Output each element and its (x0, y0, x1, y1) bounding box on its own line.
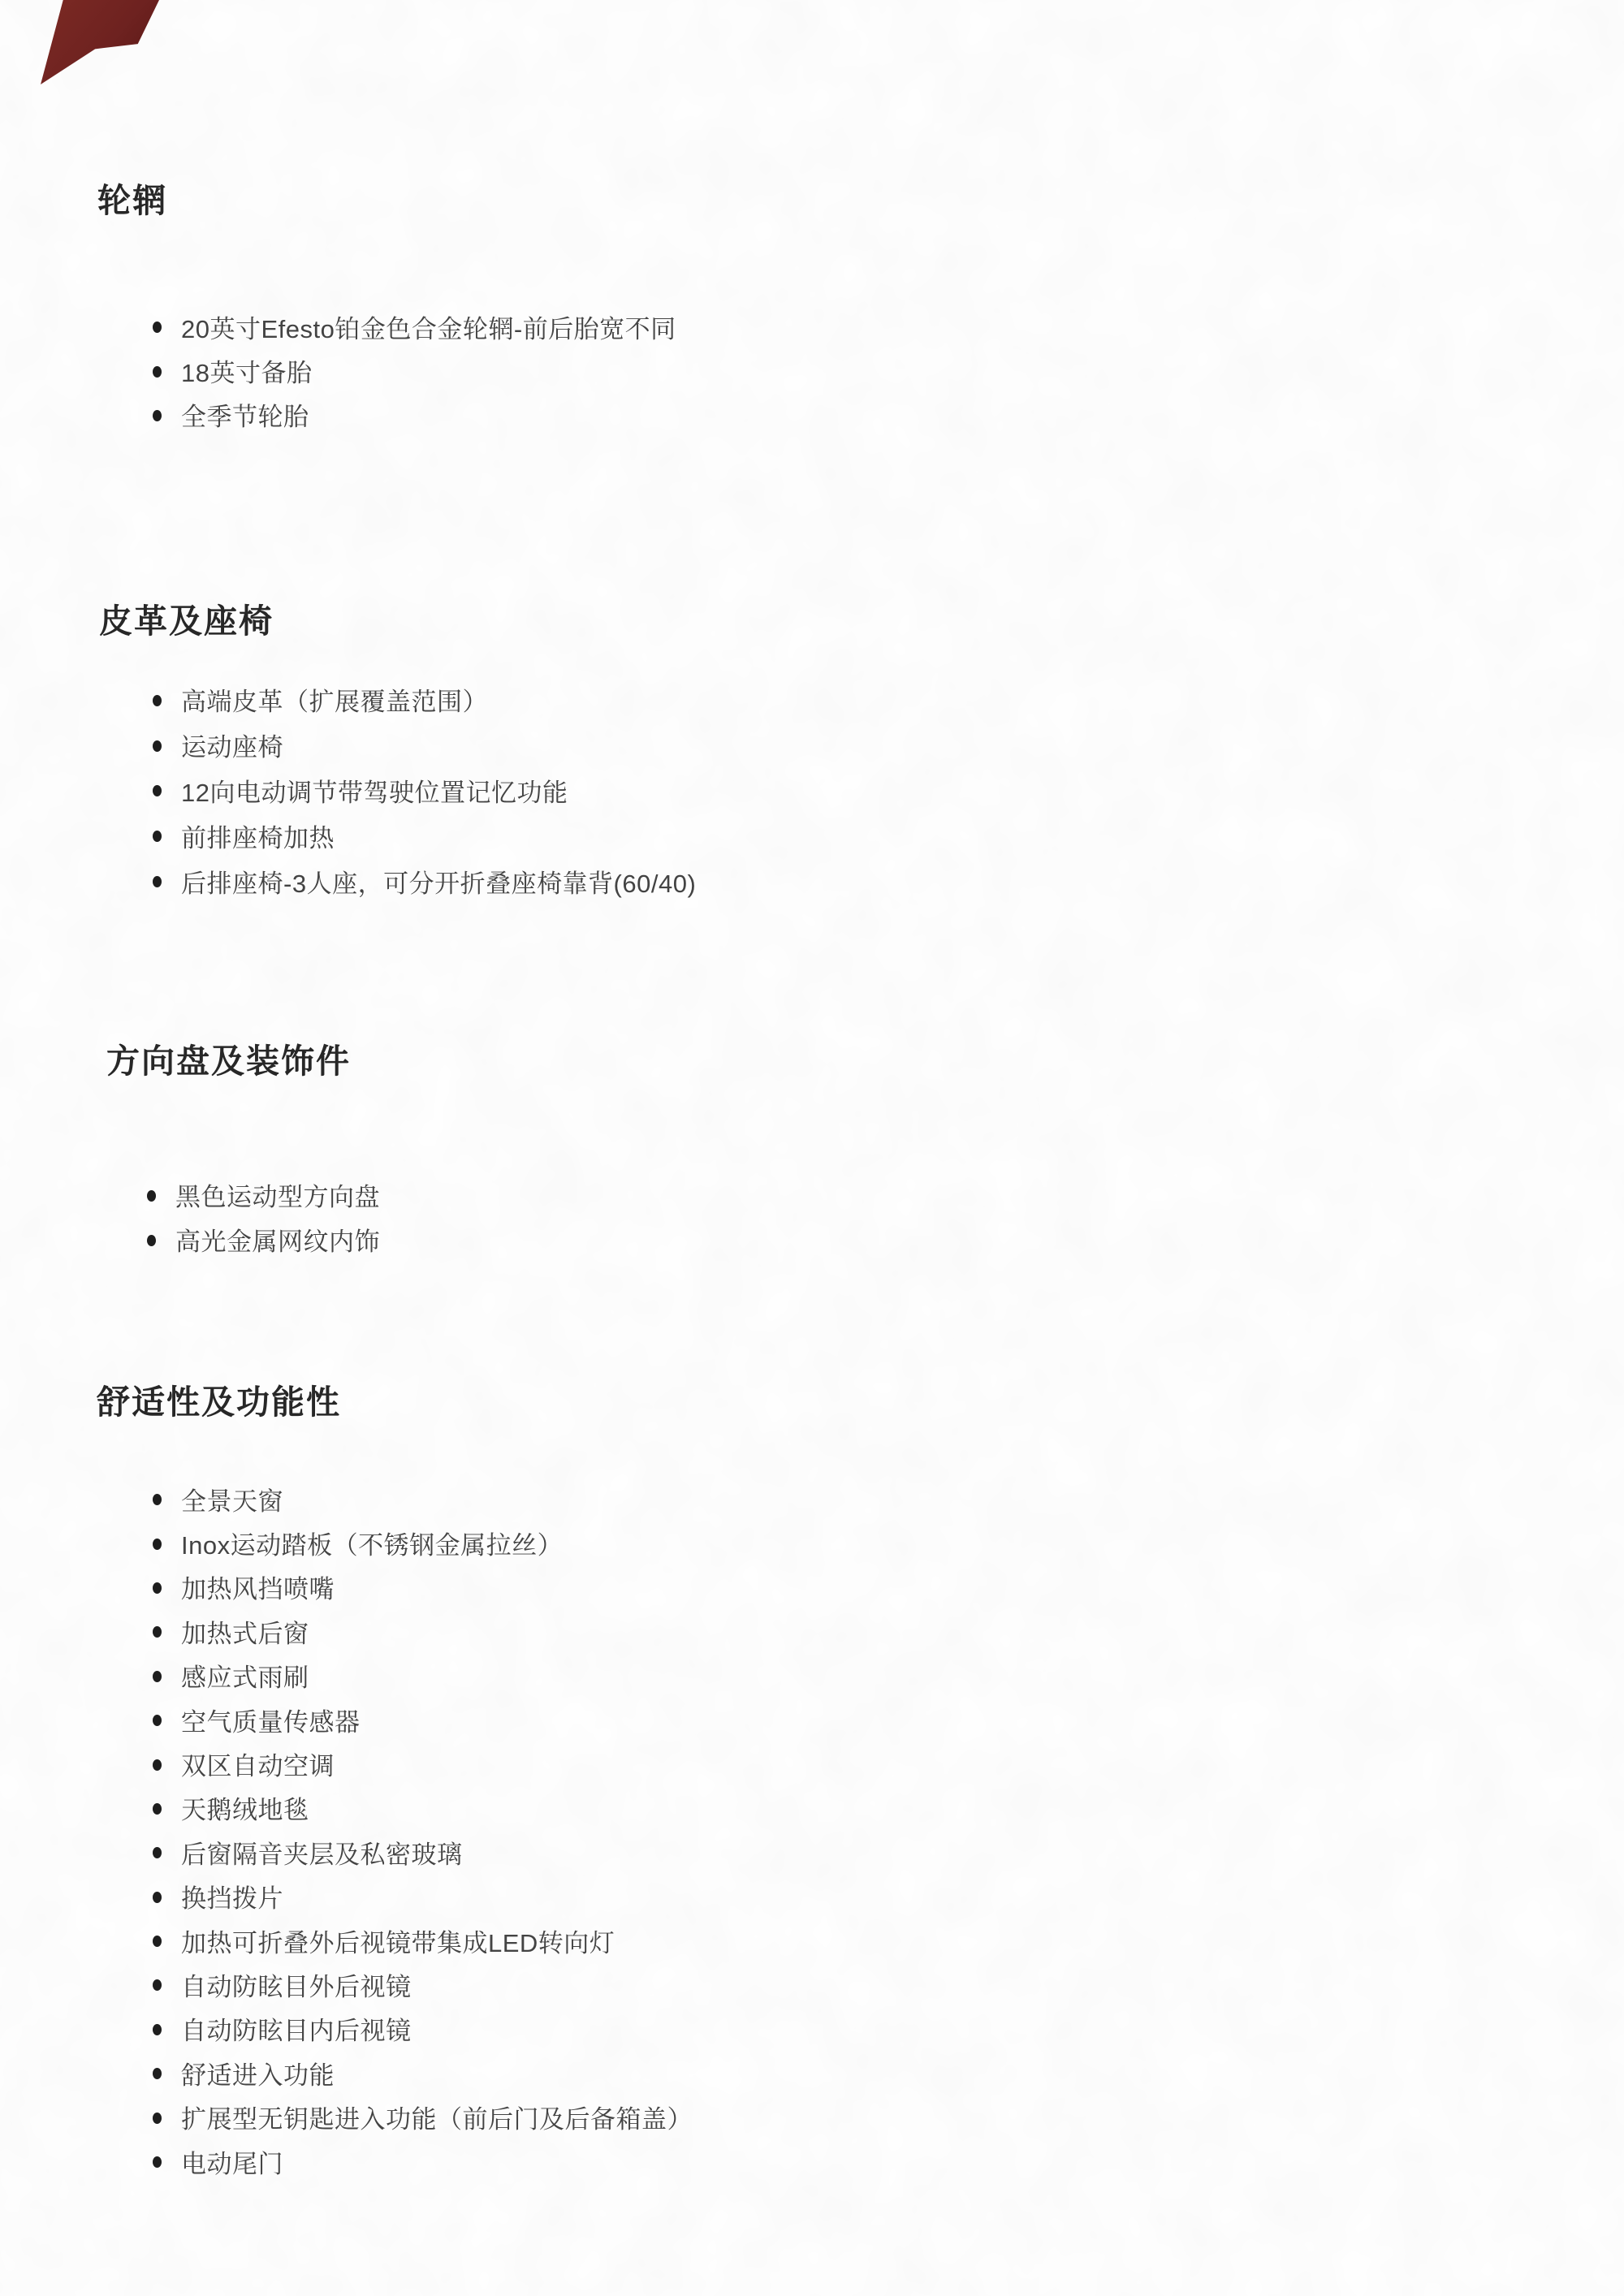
list-item: 扩展型无钥匙进入功能（前后门及后备箱盖） (153, 2095, 693, 2138)
list-item-text: 空气质量传感器 (181, 1702, 361, 1738)
bullet-icon (153, 322, 162, 333)
list-item-text: 12向电动调节带驾驶位置记忆功能 (181, 772, 568, 809)
list-item: 加热可折叠外后视镜带集成LED转向灯 (153, 1918, 693, 1962)
list-item: 18英寸备胎 (153, 348, 676, 392)
list-item-text: 天鹅绒地毯 (181, 1789, 309, 1826)
list-item: 黑色运动型方向盘 (147, 1172, 380, 1217)
bullet-icon (153, 1936, 162, 1947)
list-item: 自动防眩目内后视镜 (153, 2007, 693, 2051)
list-item-text: 全景天窗 (181, 1481, 283, 1517)
list-item-text: 全季节轮胎 (181, 396, 309, 433)
list-item-text: 高光金属网纹内饰 (175, 1221, 380, 1258)
bullet-icon (153, 1626, 162, 1638)
bullet-icon (153, 1892, 162, 1903)
bullet-icon (153, 1979, 162, 1991)
bullet-icon (153, 1847, 162, 1858)
list-item-text: 后窗隔音夹层及私密玻璃 (181, 1834, 463, 1871)
list-item: 12向电动调节带驾驶位置记忆功能 (153, 768, 696, 814)
list-item: 前排座椅加热 (153, 813, 696, 858)
bullet-icon (153, 740, 162, 752)
list-item: 全季节轮胎 (153, 393, 676, 437)
list-item-text: 20英寸Efesto铂金色合金轮辋-前后胎宽不同 (181, 309, 676, 345)
list-item-text: 运动座椅 (181, 727, 283, 763)
bullet-icon (153, 1494, 162, 1505)
list-item: 高光金属网纹内饰 (147, 1217, 380, 1262)
bullet-icon (153, 1715, 162, 1726)
section-title-steering-trim: 方向盘及装饰件 (106, 1042, 351, 1081)
list-item-text: 高端皮革（扩展覆盖范围） (181, 681, 488, 718)
list-item-text: 舒适进入功能 (181, 2055, 335, 2091)
bullet-icon (153, 2156, 162, 2168)
list-item: 20英寸Efesto铂金色合金轮辋-前后胎宽不同 (153, 304, 676, 348)
bullet-icon (147, 1190, 156, 1202)
document-page: 轮辋 20英寸Efesto铂金色合金轮辋-前后胎宽不同18英寸备胎全季节轮胎 皮… (0, 0, 1624, 2296)
bullet-icon (153, 1582, 162, 1594)
bullet-icon (153, 831, 162, 842)
section-title-wheels: 轮辋 (97, 181, 167, 220)
list-item: 换挡拨片 (153, 1875, 693, 1918)
list-item-text: 前排座椅加热 (181, 818, 335, 854)
bullet-icon (147, 1235, 156, 1246)
bullet-icon (153, 876, 162, 887)
dark-red-corner-shape (41, 0, 159, 84)
list-item-text: 感应式雨刷 (181, 1657, 309, 1694)
bullet-icon (153, 410, 162, 421)
comfort-function-feature-list: 全景天窗Inox运动踏板（不锈钢金属拉丝）加热风挡喷嘴加热式后窗感应式雨刷空气质… (153, 1477, 693, 2183)
steering-trim-feature-list: 黑色运动型方向盘高光金属网纹内饰 (147, 1172, 380, 1262)
list-item: 运动座椅 (153, 723, 696, 768)
list-item-text: Inox运动踏板（不锈钢金属拉丝） (181, 1525, 563, 1561)
bullet-icon (153, 695, 162, 706)
list-item: Inox运动踏板（不锈钢金属拉丝） (153, 1521, 693, 1564)
bullet-icon (153, 2024, 162, 2035)
list-item: 全景天窗 (153, 1477, 693, 1521)
list-item-text: 后排座椅-3人座，可分开折叠座椅靠背(60/40) (181, 863, 696, 900)
list-item-text: 加热可折叠外后视镜带集成LED转向灯 (181, 1923, 615, 1959)
list-item: 双区自动空调 (153, 1741, 693, 1785)
wheels-feature-list: 20英寸Efesto铂金色合金轮辋-前后胎宽不同18英寸备胎全季节轮胎 (153, 304, 676, 437)
list-item-text: 18英寸备胎 (181, 352, 312, 389)
bullet-icon (153, 366, 162, 378)
bullet-icon (153, 1539, 162, 1550)
list-item: 后窗隔音夹层及私密玻璃 (153, 1830, 693, 1874)
bullet-icon (153, 1759, 162, 1771)
bullet-icon (153, 2113, 162, 2124)
list-item: 空气质量传感器 (153, 1698, 693, 1741)
list-item-text: 电动尾门 (181, 2143, 283, 2180)
list-item-text: 加热式后窗 (181, 1613, 309, 1650)
list-item-text: 加热风挡喷嘴 (181, 1569, 335, 1605)
bullet-icon (153, 1671, 162, 1682)
list-item-text: 扩展型无钥匙进入功能（前后门及后备箱盖） (181, 2099, 693, 2135)
list-item-text: 自动防眩目外后视镜 (181, 1966, 412, 2003)
list-item-text: 双区自动空调 (181, 1746, 335, 1782)
list-item: 自动防眩目外后视镜 (153, 1962, 693, 2006)
list-item: 电动尾门 (153, 2139, 693, 2183)
list-item-text: 换挡拨片 (181, 1878, 283, 1914)
list-item: 加热式后窗 (153, 1609, 693, 1653)
list-item: 感应式雨刷 (153, 1654, 693, 1698)
bullet-icon (153, 2068, 162, 2079)
leather-seats-feature-list: 高端皮革（扩展覆盖范围）运动座椅12向电动调节带驾驶位置记忆功能前排座椅加热后排… (153, 677, 696, 904)
section-title-comfort-function: 舒适性及功能性 (97, 1383, 341, 1422)
list-item: 加热风挡喷嘴 (153, 1565, 693, 1609)
list-item: 舒适进入功能 (153, 2051, 693, 2095)
list-item-text: 黑色运动型方向盘 (175, 1176, 380, 1213)
section-title-leather-seats: 皮革及座椅 (99, 602, 274, 641)
bullet-icon (153, 785, 162, 796)
list-item: 高端皮革（扩展覆盖范围） (153, 677, 696, 723)
list-item: 后排座椅-3人座，可分开折叠座椅靠背(60/40) (153, 858, 696, 904)
list-item: 天鹅绒地毯 (153, 1786, 693, 1830)
bullet-icon (153, 1803, 162, 1815)
list-item-text: 自动防眩目内后视镜 (181, 2010, 412, 2047)
